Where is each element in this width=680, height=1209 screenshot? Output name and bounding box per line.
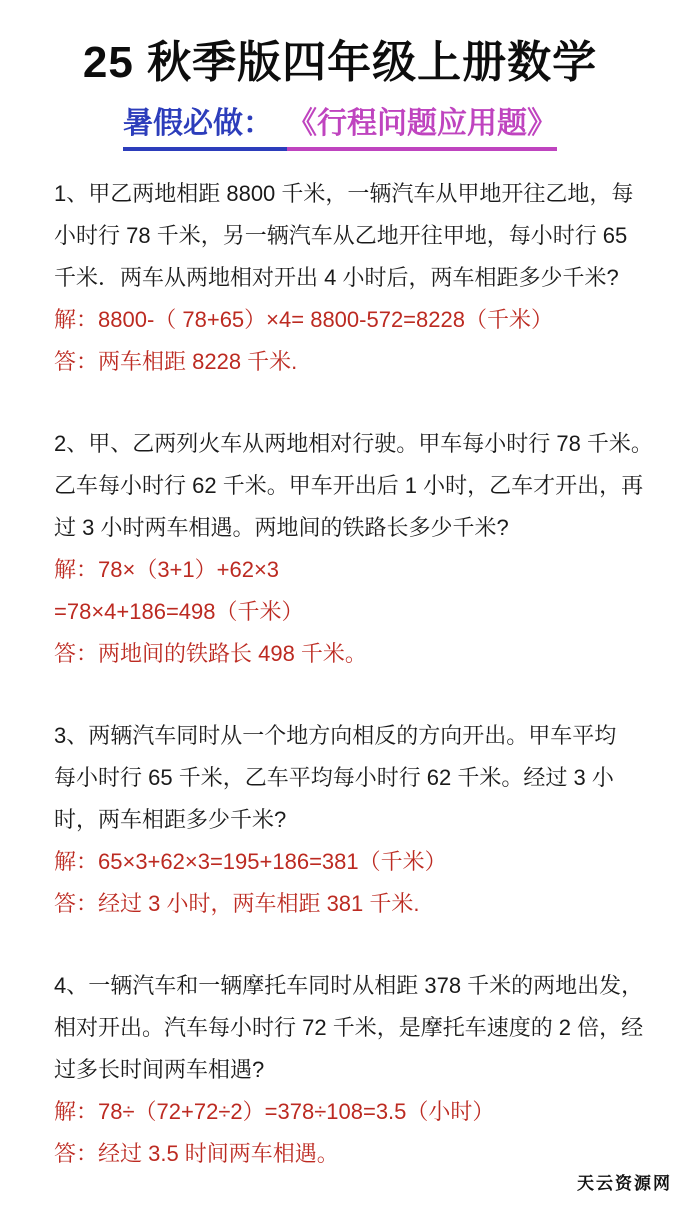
solution-line: 解：8800-（ 78+65）×4= 8800-572=8228（千米） [54, 299, 652, 341]
subtitle-prefix: 暑假必做： [123, 104, 287, 151]
question-line: 每小时行 65 千米，乙车平均每小时行 62 千米。经过 3 小 [54, 757, 652, 799]
worksheet-page: 25 秋季版四年级上册数学 暑假必做：《行程问题应用题》 1、甲乙两地相距 88… [0, 32, 680, 1175]
question-line: 小时行 78 千米，另一辆汽车从乙地开往甲地，每小时行 65 [54, 215, 652, 257]
problem-3: 3、两辆汽车同时从一个地方向相反的方向开出。甲车平均每小时行 65 千米，乙车平… [54, 715, 652, 925]
question-line: 乙车每小时行 62 千米。甲车开出后 1 小时，乙车才开出，再 [54, 465, 652, 507]
solution-line: 解：78×（3+1）+62×3 [54, 549, 652, 591]
page-subtitle: 暑假必做：《行程问题应用题》 [0, 104, 680, 151]
question-line: 相对开出。汽车每小时行 72 千米，是摩托车速度的 2 倍，经 [54, 1007, 652, 1049]
solution-line: 解：65×3+62×3=195+186=381（千米） [54, 841, 652, 883]
problem-list: 1、甲乙两地相距 8800 千米，一辆汽车从甲地开往乙地，每小时行 78 千米，… [0, 173, 680, 1175]
question-line: 4、一辆汽车和一辆摩托车同时从相距 378 千米的两地出发， [54, 965, 652, 1007]
solution-line: 解：78÷（72+72÷2）=378÷108=3.5（小时） [54, 1091, 652, 1133]
solution-line: 答：两车相距 8228 千米. [54, 341, 652, 383]
problem-2: 2、甲、乙两列火车从两地相对行驶。甲车每小时行 78 千米。乙车每小时行 62 … [54, 423, 652, 675]
question-line: 2、甲、乙两列火车从两地相对行驶。甲车每小时行 78 千米。 [54, 423, 652, 465]
watermark: 天云资源网 [577, 1169, 672, 1194]
page-title: 25 秋季版四年级上册数学 [0, 32, 680, 94]
solution-line: 答：经过 3 小时，两车相距 381 千米. [54, 883, 652, 925]
question-line: 1、甲乙两地相距 8800 千米，一辆汽车从甲地开往乙地，每 [54, 173, 652, 215]
solution-line: 答：两地间的铁路长 498 千米。 [54, 633, 652, 675]
problem-1: 1、甲乙两地相距 8800 千米，一辆汽车从甲地开往乙地，每小时行 78 千米，… [54, 173, 652, 383]
solution-line: =78×4+186=498（千米） [54, 591, 652, 633]
solution-line: 答：经过 3.5 时间两车相遇。 [54, 1133, 652, 1175]
problem-4: 4、一辆汽车和一辆摩托车同时从相距 378 千米的两地出发，相对开出。汽车每小时… [54, 965, 652, 1175]
subtitle-highlight: 《行程问题应用题》 [287, 104, 557, 151]
question-line: 千米．两车从两地相对开出 4 小时后，两车相距多少千米? [54, 257, 652, 299]
question-line: 过多长时间两车相遇? [54, 1049, 652, 1091]
question-line: 3、两辆汽车同时从一个地方向相反的方向开出。甲车平均 [54, 715, 652, 757]
question-line: 过 3 小时两车相遇。两地间的铁路长多少千米? [54, 507, 652, 549]
question-line: 时，两车相距多少千米? [54, 799, 652, 841]
